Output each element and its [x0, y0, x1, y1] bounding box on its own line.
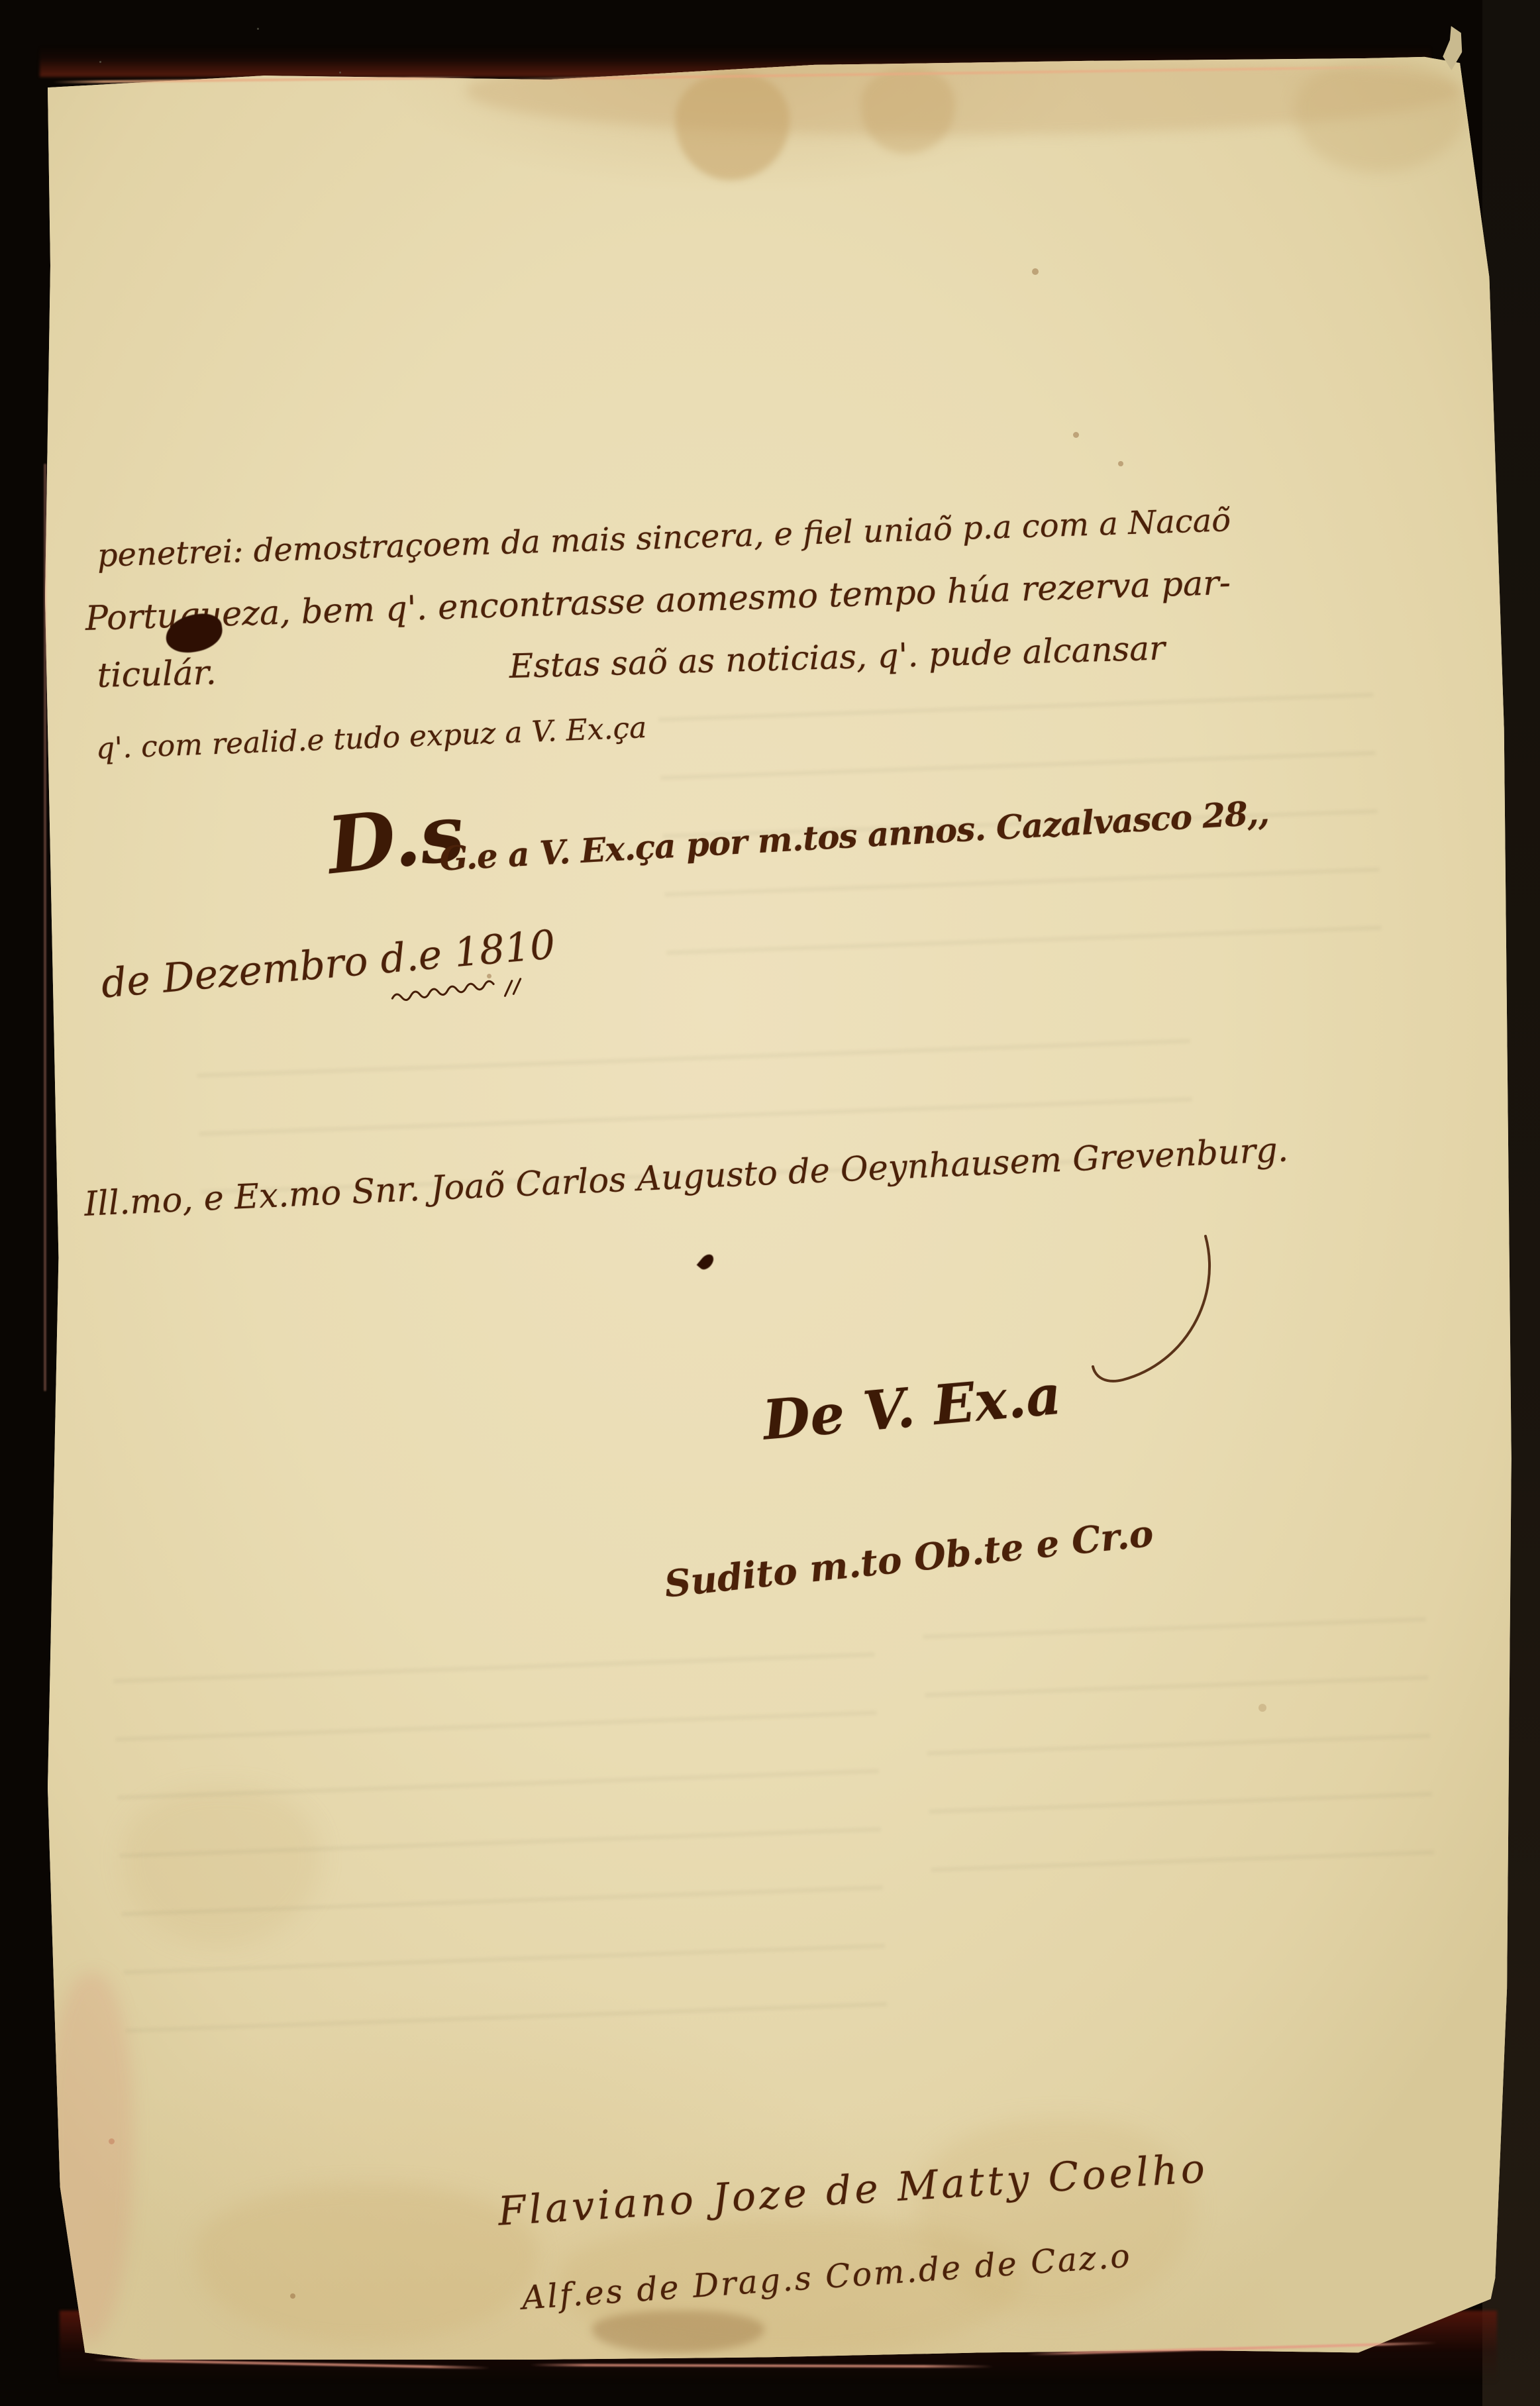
foxing-spot	[1032, 268, 1039, 275]
stain	[676, 73, 790, 180]
pen-flourish-tail	[1086, 1231, 1212, 1396]
stain	[195, 2185, 539, 2344]
foxing-spot	[109, 2138, 115, 2144]
bleedthrough-writing	[113, 1630, 888, 2054]
foxing-spot	[1118, 461, 1123, 466]
stain	[861, 68, 955, 154]
stain	[1294, 60, 1466, 172]
foxing-spot	[1073, 432, 1079, 438]
scanned-manuscript-photo: penetrei: demostraçoem da mais sincera, …	[0, 0, 1540, 2406]
dust-speck	[339, 72, 341, 74]
foxing-spot	[487, 974, 491, 978]
bleedthrough-writing	[922, 1595, 1436, 1916]
manuscript-line-3: ticulár.	[97, 654, 217, 696]
foxing-spot	[1258, 1704, 1266, 1712]
foxing-spot	[290, 2293, 295, 2299]
edge-highlight	[44, 464, 46, 1391]
dust-speck	[99, 61, 101, 63]
stain	[48, 1973, 134, 2344]
dust-speck	[257, 28, 259, 30]
